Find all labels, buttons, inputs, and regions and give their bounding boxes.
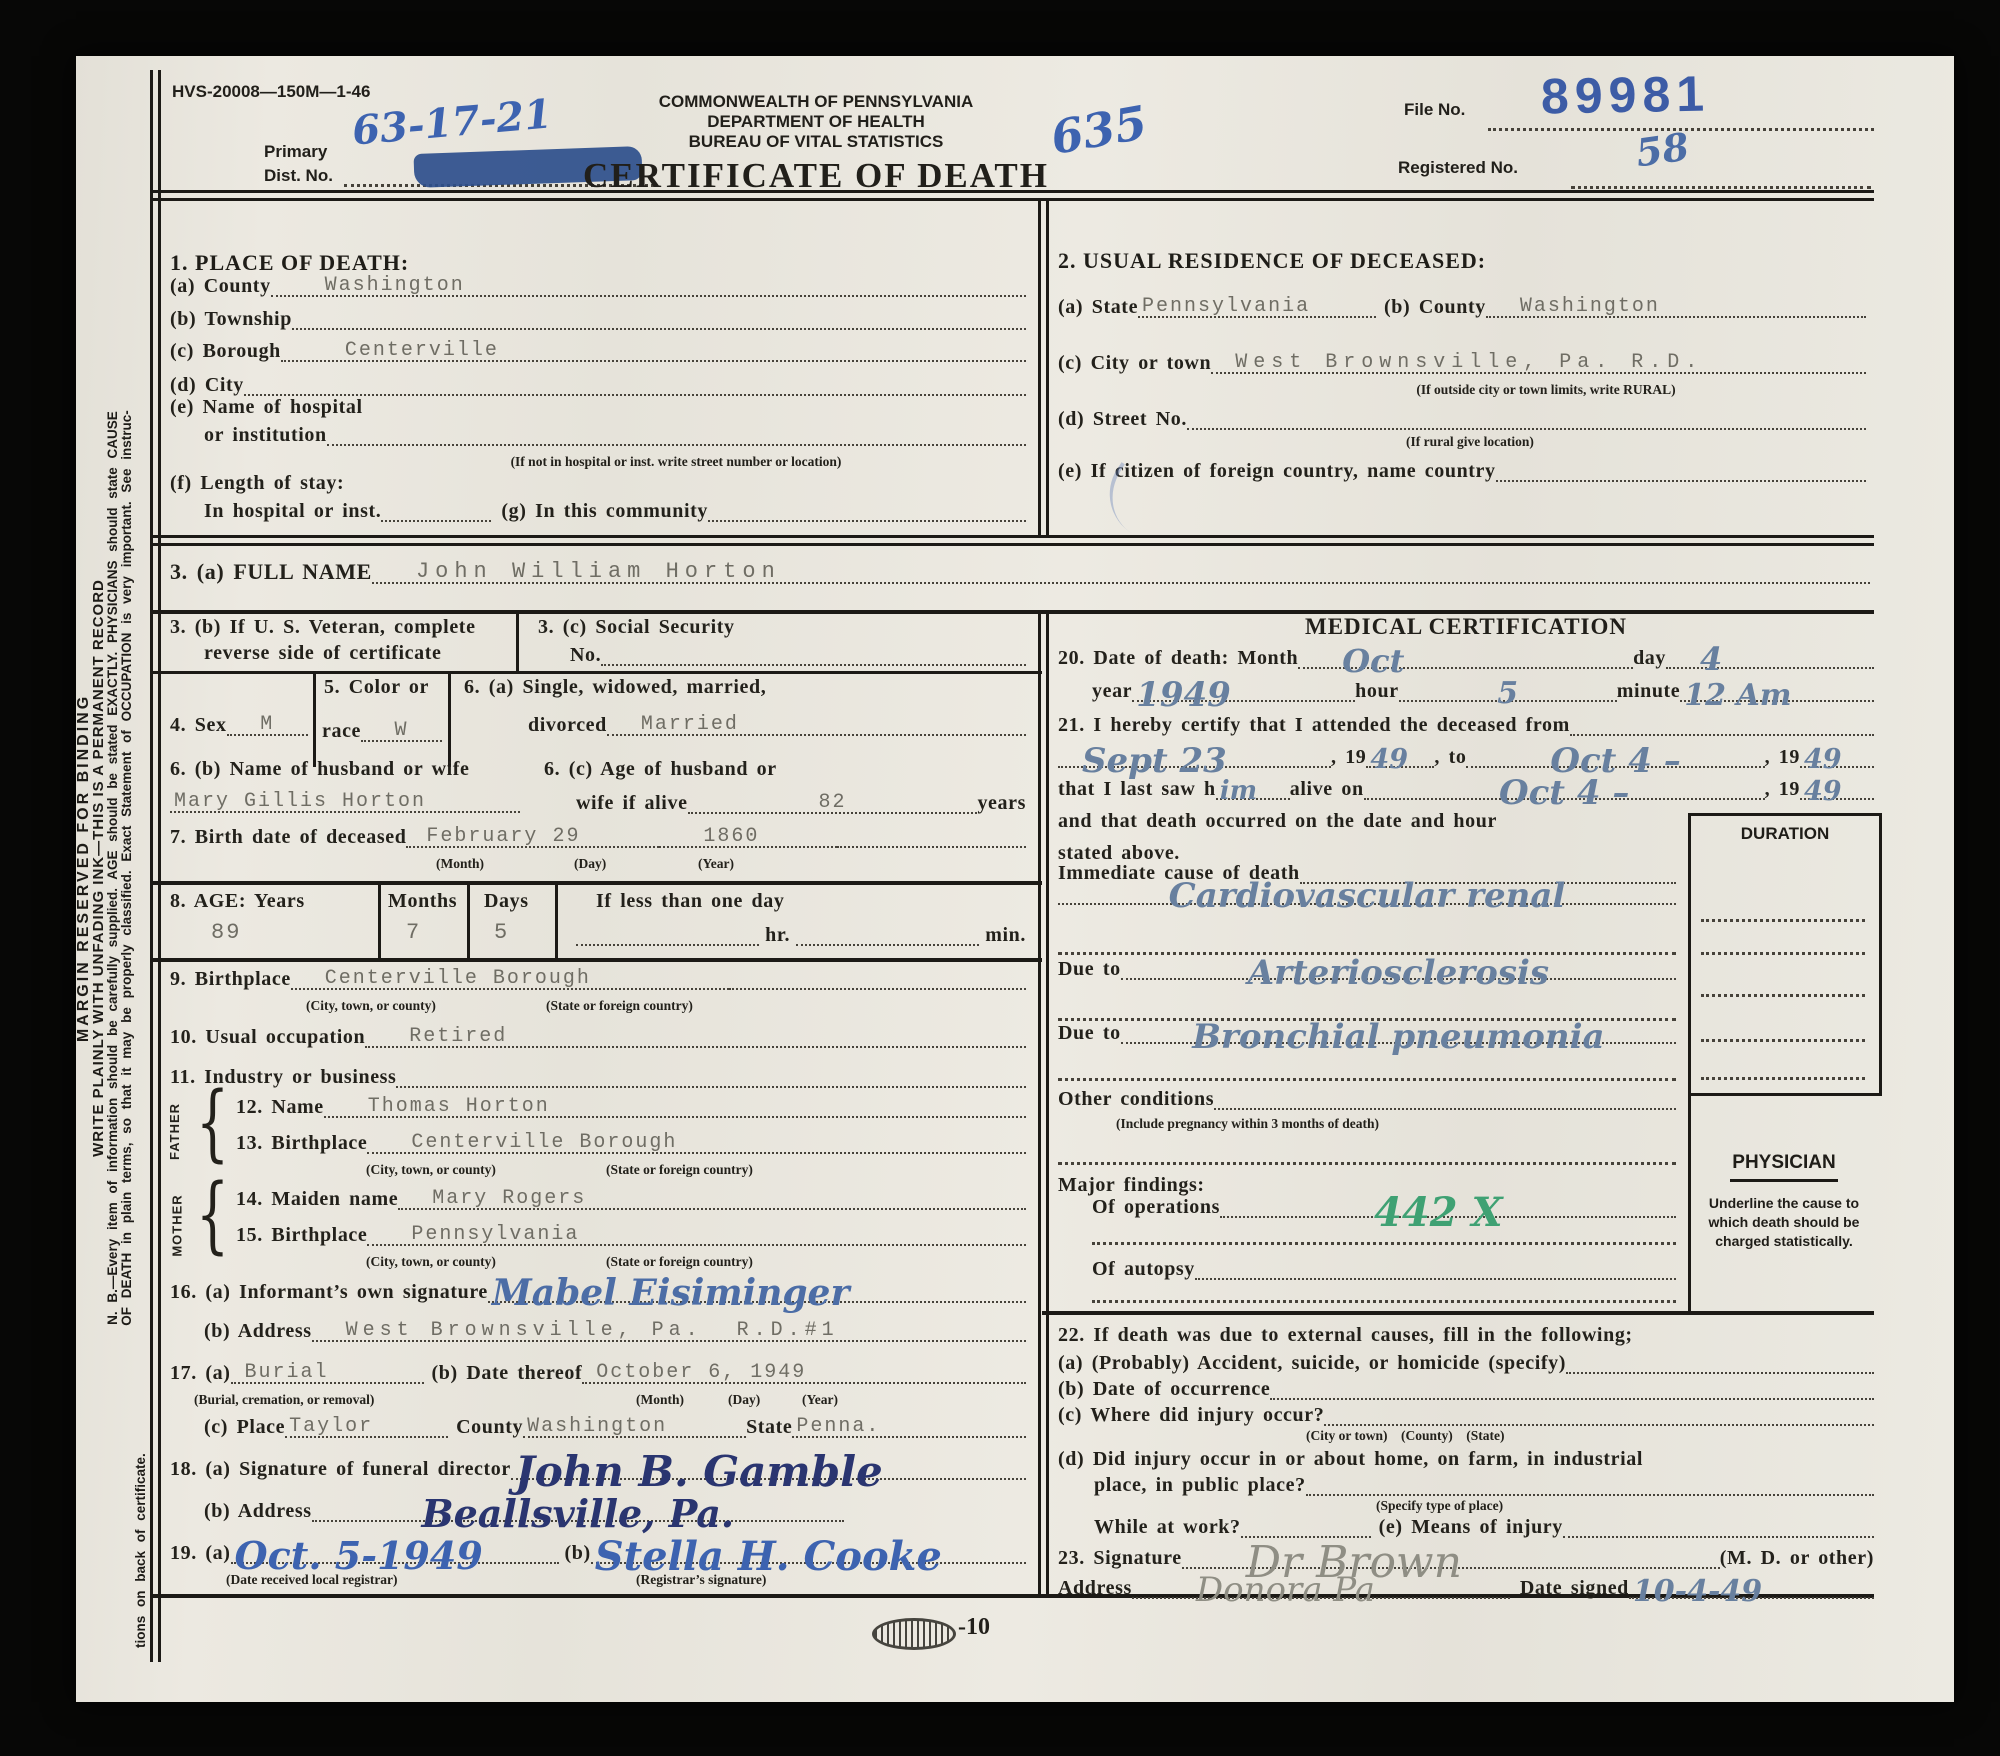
pod-hospital-label2: or institution [204, 424, 327, 446]
birthplace-row: 9. Birthplace Centerville Borough [170, 968, 1026, 990]
marital-label2: divorced [528, 714, 607, 736]
external-c-line [1324, 1422, 1874, 1426]
divider-color-marital [448, 671, 451, 767]
father-name-value: Thomas Horton [368, 1097, 550, 1117]
mother-brace: { [196, 1174, 229, 1257]
informant-label: 16. (a) Informant’s own signature [170, 1281, 488, 1303]
age-hr-line [576, 942, 759, 946]
binding-margin: MARGIN RESERVED FOR BINDING WRITE PLAINL… [76, 78, 148, 1658]
full-name-value: John William Horton [416, 561, 781, 583]
mother-birthplace-line: Pennsylvania [367, 1225, 1026, 1246]
ssn-label: 3. (c) Social Security [538, 616, 735, 638]
father-name-label: 12. Name [236, 1096, 324, 1118]
father-birthplace-value: Centerville Borough [411, 1133, 677, 1153]
margin-note-nb2: OF DEATH in plain terms, so that it may … [120, 78, 134, 1658]
birthdate-year-caption: (Year) [698, 856, 734, 872]
burial-county-line: Washington [523, 1417, 746, 1438]
father-birthplace-label: 13. Birthplace [236, 1132, 367, 1154]
residence-street-label: (d) Street No. [1058, 408, 1187, 430]
burial-state-value: Penna. [796, 1417, 880, 1437]
informant-address-line: West Brownsville, Pa. R.D.#1 [312, 1321, 1026, 1342]
father-birthplace-row: 13. Birthplace Centerville Borough [236, 1132, 1026, 1154]
from-year-value: 49 [1370, 749, 1408, 772]
burial-place-row: (c) Place Taylor County Washington State… [204, 1416, 1026, 1438]
duration-line-5 [1701, 1077, 1865, 1080]
father-side-label: FATHER [167, 1103, 182, 1160]
residence-city-label: (c) City or town [1058, 352, 1211, 374]
pod-county-label: (a) County [170, 275, 271, 297]
pod-borough-label: (c) Borough [170, 340, 281, 362]
dist-no-label: Dist. No. [264, 166, 333, 186]
external-c-label: (c) Where did injury occur? [1058, 1404, 1324, 1426]
age-days-label: Days [484, 890, 529, 912]
burial-state-label: State [746, 1416, 792, 1438]
physician-box-border [1688, 1090, 1691, 1311]
duration-line-1 [1701, 919, 1865, 922]
file-no-label: File No. [1404, 100, 1465, 120]
external-b-row: (b) Date of occurrence [1058, 1378, 1874, 1400]
industry-line [396, 1084, 1026, 1088]
left-frame-rule [150, 70, 161, 1662]
occupation-line: Retired [365, 1027, 1026, 1048]
sex-value: M [260, 715, 274, 735]
other-conditions-line [1214, 1106, 1676, 1110]
pod-stay-inst-line [381, 518, 491, 522]
mother-name-value: Mary Rogers [432, 1189, 586, 1209]
burial-place-line: Taylor [285, 1417, 448, 1438]
cause-blank-line-3 [1058, 1078, 1676, 1081]
marital-row: divorced Married [528, 714, 1026, 736]
external-a-row: (a) (Probably) Accident, suicide, or hom… [1058, 1352, 1874, 1374]
saw-year-line: 49 [1800, 781, 1874, 800]
birthplace-label: 9. Birthplace [170, 968, 291, 990]
saw-pronoun-value: im [1220, 780, 1257, 802]
birthdate-month-caption: (Month) [436, 856, 484, 872]
md-or-other-label: (M. D. or other) [1720, 1547, 1874, 1569]
attended-to-line: Oct 4 – [1466, 747, 1764, 768]
ssn-no-label: No. [570, 644, 601, 666]
mother-birthplace-value: Pennsylvania [411, 1225, 579, 1245]
birthdate-rest-line [837, 844, 1026, 848]
section-rule [150, 535, 1874, 546]
agency-line2: DEPARTMENT OF HEALTH [496, 112, 1136, 132]
burial-day-caption: (Day) [728, 1392, 760, 1408]
ssn-line [601, 662, 1026, 666]
external-b-line [1270, 1396, 1874, 1400]
death-date-label: 20. Date of death: Month [1058, 647, 1298, 669]
father-name-row: 12. Name Thomas Horton [236, 1096, 1026, 1118]
father-bp-city-caption: (City, town, or county) [366, 1162, 496, 1178]
pod-hospital-line [327, 442, 1026, 446]
file-number-stamp: 89981 [1541, 65, 1711, 126]
saw-label2: alive on [1290, 778, 1364, 800]
age-hr-label: hr. [765, 924, 790, 946]
operations-line: 442 X [1220, 1196, 1676, 1218]
death-date-row1: 20. Date of death: Month Oct day 4 [1058, 646, 1874, 669]
external-d-label2: place, in public place? [1094, 1474, 1306, 1496]
full-name-label: 3. (a) FULL NAME [170, 560, 372, 584]
age-months-label: Months [388, 890, 457, 912]
place-of-death-heading: 1. PLACE OF DEATH: [170, 250, 409, 276]
autopsy-label: Of autopsy [1092, 1258, 1195, 1280]
ssn-row: No. [570, 644, 1026, 666]
from-year-line: 49 [1366, 749, 1434, 768]
spouse-age-value: 82 [818, 793, 846, 813]
rule-3b [150, 671, 1042, 674]
industry-row: 11. Industry or business [170, 1066, 1026, 1088]
external-d-note: (Specify type of place) [1376, 1498, 1503, 1514]
death-year-line: 1949 [1132, 681, 1355, 702]
saw-date-line: Oct 4 – [1364, 779, 1765, 800]
pod-community-line [708, 518, 1026, 522]
death-day-value: 4 [1700, 646, 1722, 673]
physician-address-line: Donora Pa [1132, 1576, 1510, 1599]
divider-age-months [378, 881, 381, 958]
residence-street-line [1187, 426, 1866, 430]
burial-place-value: Taylor [289, 1417, 373, 1437]
mother-name-line: Mary Rogers [398, 1189, 1026, 1210]
pod-county-line: Washington [271, 276, 1026, 297]
race-row: race W [322, 720, 442, 742]
divider-sex-color [313, 671, 316, 767]
duration-box: DURATION [1688, 813, 1882, 1096]
saw-label1: that I last saw h [1058, 778, 1216, 800]
pod-hospital-label1: (e) Name of hospital [170, 396, 363, 418]
duration-line-2 [1701, 952, 1865, 955]
due-to-2-line: Bronchial pneumonia [1121, 1023, 1676, 1044]
work-means-row: While at work? (e) Means of injury [1094, 1516, 1874, 1538]
burial-place-label: (c) Place [204, 1416, 285, 1438]
external-d-label1: (d) Did injury occur in or about home, o… [1058, 1448, 1643, 1470]
saw-date-value: Oct 4 – [1499, 779, 1629, 808]
informant-row: 16. (a) Informant’s own signature Mabel … [170, 1278, 1026, 1303]
pod-borough-row: (c) Borough Centerville [170, 340, 1026, 362]
race-value: W [395, 721, 409, 741]
marital-value: Married [641, 715, 739, 735]
death-certificate-scan: MARGIN RESERVED FOR BINDING WRITE PLAINL… [76, 56, 1954, 1702]
informant-address-value: West Brownsville, Pa. R.D.#1 [346, 1321, 839, 1341]
age-years-label: 8. AGE: Years [170, 890, 305, 912]
column-divider-top [1038, 200, 1049, 535]
to-year-line: 49 [1800, 749, 1874, 768]
death-year-value: 1949 [1136, 681, 1231, 710]
burial-year-caption: (Year) [802, 1392, 838, 1408]
birthdate-year-line: 1860 [659, 827, 837, 848]
from-19-label: , 19 [1331, 746, 1366, 768]
pod-stay-row: In hospital or inst. (g) In this communi… [204, 500, 1026, 522]
duration-line-3 [1701, 994, 1865, 997]
other-conditions-label: Other conditions [1058, 1088, 1214, 1110]
burial-month-caption: (Month) [636, 1392, 684, 1408]
received-caption: (Date received local registrar) [226, 1572, 398, 1588]
death-day-line: 4 [1666, 646, 1874, 669]
spouse-age-line: 82 [688, 793, 978, 814]
primary-label: Primary [264, 142, 327, 162]
informant-address-row: (b) Address West Brownsville, Pa. R.D.#1 [204, 1320, 1026, 1342]
physician-address-label: Address [1058, 1577, 1132, 1599]
margin-notes: MARGIN RESERVED FOR BINDING WRITE PLAINL… [76, 78, 148, 1658]
pod-city-label: (d) City [170, 374, 244, 396]
divider-ssn [516, 614, 519, 671]
father-name-line: Thomas Horton [324, 1097, 1026, 1118]
residence-county-line: Washington [1486, 297, 1866, 318]
duration-label: DURATION [1691, 824, 1879, 844]
external-d-line [1306, 1492, 1874, 1496]
external-c-note: (City or town) (County) (State) [1306, 1428, 1504, 1444]
death-minute-label: minute [1617, 680, 1681, 702]
print-code: -10 [958, 1614, 990, 1641]
funeral-director-row: 18. (a) Signature of funeral director Jo… [170, 1454, 1026, 1480]
birthplace-rest-line [729, 986, 1026, 990]
informant-address-label: (b) Address [204, 1320, 312, 1342]
burial-date-line: October 6, 1949 [582, 1363, 1026, 1384]
agency-block: COMMONWEALTH OF PENNSYLVANIA DEPARTMENT … [496, 92, 1136, 152]
work-label: While at work? [1094, 1516, 1241, 1538]
attended-from-value: Sept 23 [1082, 747, 1227, 776]
immediate-cause-line2: Cardiovascular renal [1058, 882, 1676, 905]
certify-row2: Sept 23 , 19 49 , to Oct 4 – , 19 49 [1058, 746, 1874, 768]
received-date-value: Oct. 5-1949 [235, 1540, 483, 1572]
residence-city-value: West Brownsville, Pa. R.D. [1235, 353, 1703, 373]
burial-label: 17. (a) [170, 1362, 231, 1384]
full-name-line: John William Horton [372, 561, 1870, 584]
spouse-age-label1: 6. (c) Age of husband or [544, 758, 777, 780]
informant-signature: Mabel Eisiminger [492, 1278, 850, 1309]
divider-months-days [467, 881, 470, 958]
divider-days-less [555, 881, 558, 958]
residence-foreign-row: (e) If citizen of foreign country, name … [1058, 460, 1866, 482]
occupation-value: Retired [409, 1027, 507, 1047]
age-hr-min-row: hr. min. [576, 924, 1026, 946]
residence-state-row: (a) State Pennsylvania (b) County Washin… [1058, 296, 1866, 318]
received-label: 19. (a) [170, 1542, 231, 1564]
residence-state-value: Pennsylvania [1142, 297, 1310, 317]
burial-county-label: County [456, 1416, 523, 1438]
race-label: race [322, 720, 361, 742]
residence-street-row: (d) Street No. [1058, 408, 1866, 430]
residence-foreign-line [1496, 478, 1866, 482]
director-address-row: (b) Address Beallsville, Pa. [204, 1498, 844, 1522]
burial-date-label: (b) Date thereof [432, 1362, 583, 1384]
residence-state-line: Pennsylvania [1138, 297, 1376, 318]
certify-row1: 21. I hereby certify that I attended the… [1058, 714, 1874, 736]
father-brace: { [196, 1082, 229, 1165]
margin-note-nb3: tions on back of certificate. [134, 78, 148, 1658]
burial-row: 17. (a) Burial (b) Date thereof October … [170, 1362, 1026, 1384]
director-address-label: (b) Address [204, 1500, 312, 1522]
registrar-signature: Stella H. Cooke [595, 1540, 942, 1574]
birthplace-line: Centerville Borough [291, 969, 729, 990]
agency-line3: BUREAU OF VITAL STATISTICS [496, 132, 1136, 152]
sex-row: 4. Sex M [170, 714, 308, 736]
funeral-director-label: 18. (a) Signature of funeral director [170, 1458, 511, 1480]
immediate-cause-value: Cardiovascular renal [1169, 882, 1566, 911]
death-month-value: Oct [1342, 648, 1404, 675]
pod-stay-label: (f) Length of stay: [170, 472, 344, 494]
medical-heading: MEDICAL CERTIFICATION [1058, 614, 1874, 640]
veteran-label1: 3. (b) If U. S. Veteran, complete [170, 616, 476, 638]
external-b-label: (b) Date of occurrence [1058, 1378, 1270, 1400]
death-day-label: day [1633, 647, 1666, 669]
rule-age-top [150, 881, 1042, 885]
agency-line1: COMMONWEALTH OF PENNSYLVANIA [496, 92, 1136, 112]
external-d-row: place, in public place? [1094, 1474, 1874, 1496]
pod-township-label: (b) Township [170, 308, 292, 330]
director-address-line: Beallsville, Pa. [312, 1498, 844, 1522]
marital-line: Married [607, 715, 1026, 736]
burial-state-line: Penna. [792, 1417, 1026, 1438]
attended-from-line: Sept 23 [1058, 747, 1331, 768]
due-to-1-row: Due to Arteriosclerosis [1058, 958, 1676, 980]
burial-county-value: Washington [527, 1417, 667, 1437]
rule-age-bottom [150, 958, 1042, 962]
mother-name-label: 14. Maiden name [236, 1188, 398, 1210]
external-heading: 22. If death was due to external causes,… [1058, 1324, 1633, 1346]
death-date-row2: year 1949 hour 5 minute 12 Am [1092, 680, 1874, 702]
to-19-label: , 19 [1765, 746, 1800, 768]
mother-bp-state-caption: (State or foreign country) [606, 1254, 753, 1270]
age-min-line [796, 942, 979, 946]
autopsy-line [1195, 1276, 1676, 1280]
birthplace-city-caption: (City, town, or county) [306, 998, 436, 1014]
due-to-2-label: Due to [1058, 1022, 1121, 1044]
color-label1: 5. Color or [324, 676, 429, 698]
death-minute-line: 12 Am [1680, 683, 1874, 703]
pod-township-row: (b) Township [170, 308, 1026, 330]
to-year-value: 49 [1804, 749, 1842, 772]
autopsy-blank-line [1092, 1300, 1676, 1303]
birthdate-md-line: February 29 [406, 827, 659, 848]
due-to-2-value: Bronchial pneumonia [1192, 1023, 1604, 1052]
immediate-cause-value-row: Cardiovascular renal [1058, 882, 1676, 905]
burial-line: Burial [231, 1363, 424, 1384]
major-findings-label: Major findings: [1058, 1174, 1205, 1196]
death-hour-label: hour [1355, 680, 1399, 702]
birthplace-state-caption: (State or foreign country) [546, 998, 693, 1014]
physician-note: Underline the cause to which death shoul… [1694, 1194, 1874, 1251]
occurred-label2: stated above. [1058, 842, 1180, 864]
spouse-age-row: wife if alive 82 years [576, 792, 1026, 814]
father-birthplace-line: Centerville Borough [367, 1133, 1026, 1154]
death-hour-line: 5 [1399, 681, 1617, 703]
registered-number-handwritten: 58 [1634, 130, 1691, 169]
mother-birthplace-label: 15. Birthplace [236, 1224, 367, 1246]
birthdate-label: 7. Birth date of deceased [170, 826, 406, 848]
residence-rural-note: (If rural give location) [1406, 434, 1534, 450]
full-name-row: 3. (a) FULL NAME John William Horton [170, 560, 1870, 584]
margin-note-binding: MARGIN RESERVED FOR BINDING [76, 78, 91, 1658]
spouse-age-label2: wife if alive [576, 792, 688, 814]
cause-blank-line-4 [1058, 1162, 1676, 1165]
saw-pronoun-line: im [1216, 780, 1290, 800]
margin-note-nb1: N. B.—Every item of information should b… [106, 78, 120, 1658]
residence-city-row: (c) City or town West Brownsville, Pa. R… [1058, 352, 1866, 374]
pod-stay-inst-label: In hospital or inst. [204, 500, 381, 522]
page-title: CERTIFICATE OF DEATH [496, 156, 1136, 196]
registrar-b-label: (b) [565, 1542, 591, 1564]
age-less-label: If less than one day [596, 890, 784, 912]
margin-note-permanent: WRITE PLAINLY WITH UNFADING INK—THIS IS … [91, 78, 106, 1658]
pod-county-row: (a) County Washington [170, 275, 1026, 297]
column-divider-main [1038, 614, 1049, 1598]
father-bp-state-caption: (State or foreign country) [606, 1162, 753, 1178]
other-conditions-row: Other conditions [1058, 1088, 1676, 1110]
physician-signature-label: 23. Signature [1058, 1547, 1182, 1569]
physician-address-value: Donora Pa [1196, 1576, 1375, 1605]
death-hour-value: 5 [1497, 681, 1518, 707]
registered-no-label: Registered No. [1398, 158, 1518, 178]
residence-city-line: West Brownsville, Pa. R.D. [1211, 353, 1866, 374]
registered-no-line [1571, 186, 1871, 189]
pod-borough-line: Centerville [281, 341, 1026, 362]
rule-external-causes [1042, 1311, 1874, 1315]
duration-line-4 [1701, 1039, 1865, 1042]
mother-side-label: MOTHER [170, 1194, 185, 1256]
external-a-label: (a) (Probably) Accident, suicide, or hom… [1058, 1352, 1566, 1374]
registrar-row: 19. (a) Oct. 5-1949 (b) Stella H. Cooke [170, 1540, 1026, 1564]
physician-signature-row: 23. Signature Dr Brown (M. D. or other) [1058, 1544, 1874, 1569]
pod-township-line [292, 326, 1026, 330]
pod-hospital-row: or institution [204, 424, 1026, 446]
mother-birthplace-row: 15. Birthplace Pennsylvania [236, 1224, 1026, 1246]
date-signed-value: 10-4-49 [1633, 1579, 1762, 1605]
attended-to-value: Oct 4 – [1550, 747, 1680, 776]
due-to-1-label: Due to [1058, 958, 1121, 980]
operations-blank-line [1092, 1242, 1676, 1245]
age-years-value: 89 [211, 922, 241, 944]
death-year-label: year [1092, 680, 1132, 702]
physician-box: PHYSICIAN Underline the cause to which d… [1694, 1152, 1874, 1251]
due-to-1-value: Arteriosclerosis [1248, 959, 1549, 988]
burial-value: Burial [245, 1363, 329, 1383]
certify-row3: that I last saw h im alive on Oct 4 – , … [1058, 778, 1874, 800]
funeral-director-line: John B. Gamble [511, 1454, 1026, 1480]
occupation-row: 10. Usual occupation Retired [170, 1026, 1026, 1048]
due-to-2-row: Due to Bronchial pneumonia [1058, 1022, 1676, 1044]
death-minute-value: 12 Am [1684, 683, 1791, 709]
registrar-caption: (Registrar’s signature) [636, 1572, 766, 1588]
age-months-value: 7 [406, 922, 421, 944]
age-min-label: min. [985, 924, 1026, 946]
saw-19-label: , 19 [1765, 778, 1800, 800]
external-a-line [1566, 1370, 1874, 1374]
informant-line: Mabel Eisiminger [488, 1278, 1026, 1303]
pod-borough-value: Centerville [345, 341, 499, 361]
pod-city-row: (d) City [170, 374, 1026, 396]
physician-signature-line: Dr Brown [1182, 1544, 1720, 1569]
form-number: HVS-20008—150M—1-46 [172, 82, 370, 102]
date-signed-label: Date signed [1520, 1577, 1629, 1599]
spouse-age-suffix: years [977, 792, 1026, 814]
registrar-line: Stella H. Cooke [591, 1540, 1026, 1564]
physician-address-row: Address Donora Pa Date signed 10-4-49 [1058, 1576, 1874, 1599]
burial-date-value: October 6, 1949 [596, 1363, 806, 1383]
race-line: W [361, 721, 442, 742]
residence-city-note: (If outside city or town limits, write R… [1226, 382, 1866, 398]
pod-hospital-note: (If not in hospital or inst. write stree… [376, 454, 976, 470]
due-to-1-line: Arteriosclerosis [1121, 959, 1676, 980]
occupation-label: 10. Usual occupation [170, 1026, 365, 1048]
saw-year-value: 49 [1804, 781, 1842, 804]
handwritten-635: 635 [1048, 103, 1149, 158]
birthdate-year-value: 1860 [703, 827, 759, 847]
certify-line1 [1570, 732, 1874, 736]
union-bug-icon [872, 1618, 956, 1650]
residence-county-label: (b) County [1384, 296, 1486, 318]
residence-heading: 2. USUAL RESIDENCE OF DECEASED: [1058, 248, 1486, 274]
occurred-label1: and that death occurred on the date and … [1058, 810, 1497, 832]
date-signed-line: 10-4-49 [1629, 1579, 1874, 1599]
